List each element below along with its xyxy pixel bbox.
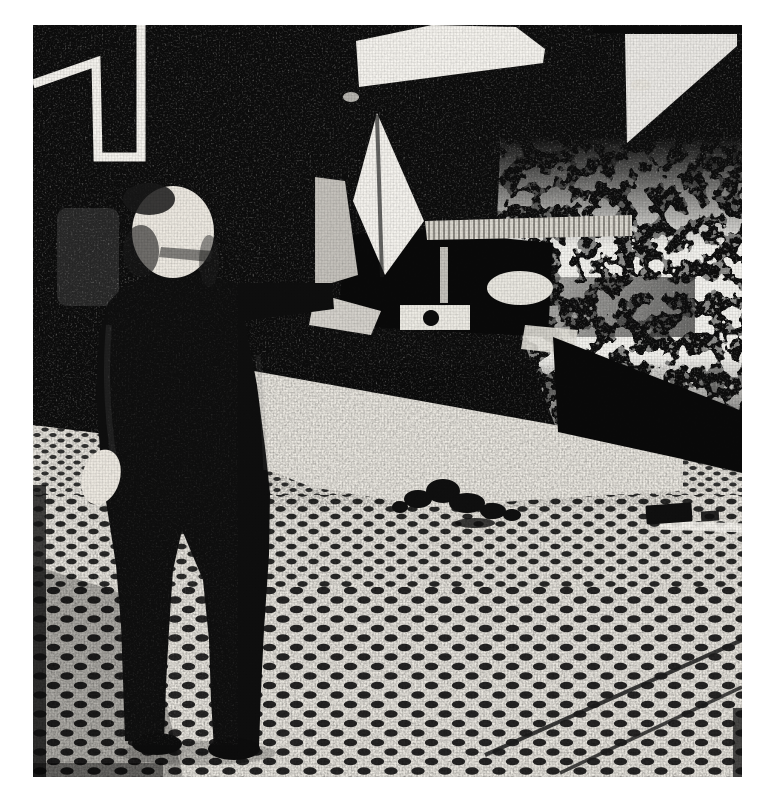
photo-canvas [33, 25, 742, 777]
halftone-photo [33, 25, 742, 777]
print-grain-overlay [33, 25, 742, 777]
